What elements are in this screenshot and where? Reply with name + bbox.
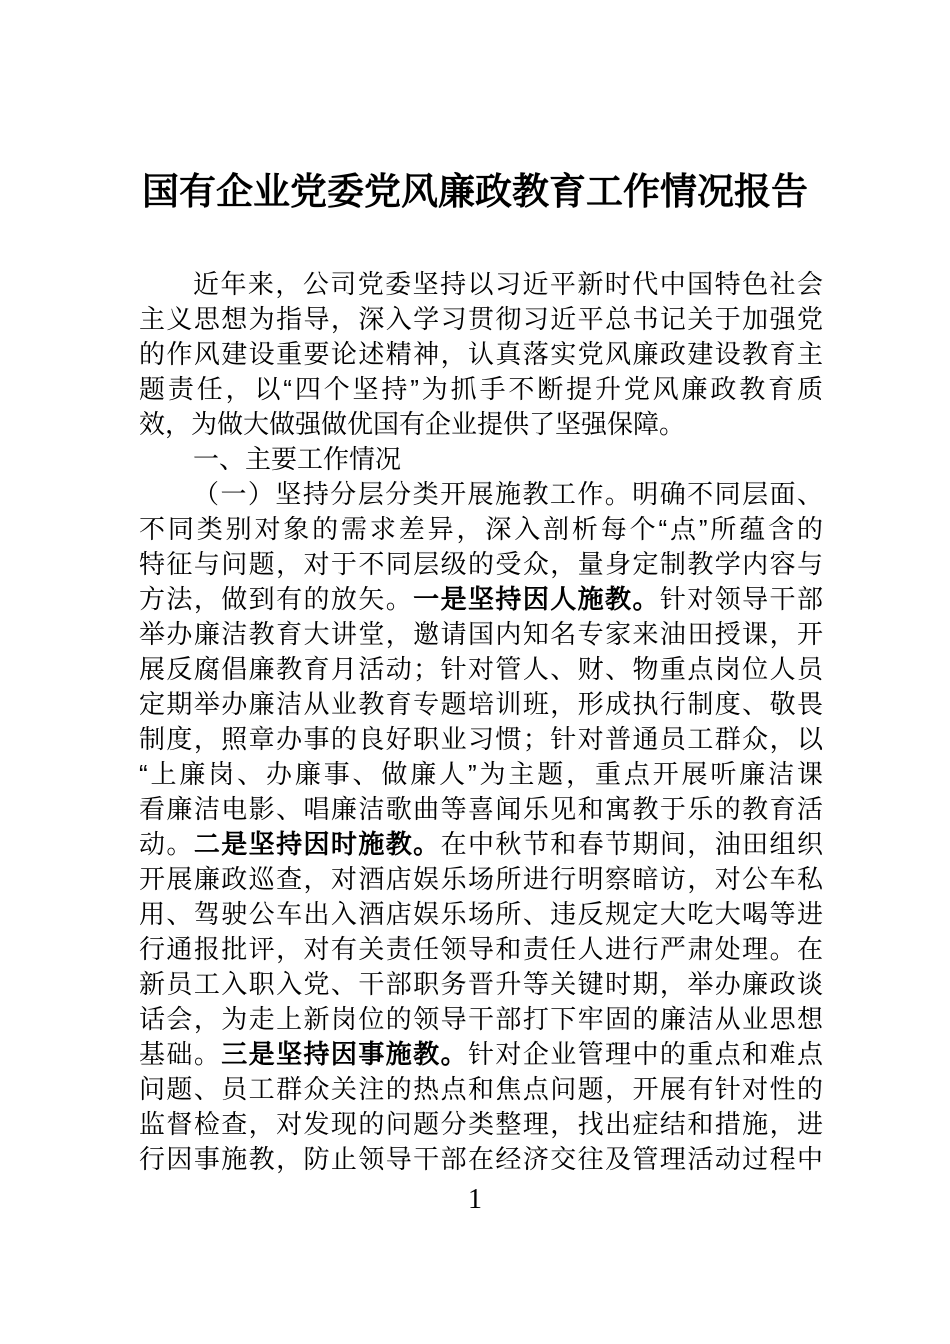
- subsection-paragraph-line: 话会，为走上新岗位的领导干部打下牢固的廉洁从业思想: [139, 1002, 823, 1037]
- text-run: 行因事施教，防止领导干部在经济交往及管理活动过程中: [139, 1144, 823, 1174]
- intro-paragraph-line: 主义思想为指导，深入学习贯彻习近平总书记关于加强党: [139, 302, 823, 337]
- bold-text-run: 二是坚持因时施教。: [194, 829, 441, 859]
- subsection-paragraph-line: 动。二是坚持因时施教。在中秋节和春节期间，油田组织: [139, 827, 823, 862]
- text-run: 展反腐倡廉教育月活动；针对管人、财、物重点岗位人员: [139, 654, 823, 684]
- text-run: 基础。: [139, 1039, 221, 1069]
- text-run: 话会，为走上新岗位的领导干部打下牢固的廉洁从业思想: [139, 1004, 823, 1034]
- text-run: 特征与问题，对于不同层级的受众，量身定制教学内容与: [139, 549, 823, 579]
- text-run: 近年来，公司党委坚持以习近平新时代中国特色社会: [193, 269, 823, 299]
- text-run: 一、主要工作情况: [193, 444, 401, 474]
- subsection-paragraph-line: （一）坚持分层分类开展施教工作。明确不同层面、: [139, 477, 823, 512]
- text-run: 针对企业管理中的重点和难点: [468, 1039, 823, 1069]
- subsection-paragraph-line: 开展廉政巡查，对酒店娱乐场所进行明察暗访，对公车私: [139, 862, 823, 897]
- text-run: 在中秋节和春节期间，油田组织: [441, 829, 823, 859]
- text-run: 效，为做大做强做优国有企业提供了坚强保障。: [139, 409, 685, 439]
- subsection-paragraph-line: 看廉洁电影、唱廉洁歌曲等喜闻乐见和寓教于乐的教育活: [139, 792, 823, 827]
- subsection-paragraph-line: 举办廉洁教育大讲堂，邀请国内知名专家来油田授课，开: [139, 617, 823, 652]
- document-title: 国有企业党委党风廉政教育工作情况报告: [0, 166, 950, 218]
- subsection-paragraph-line: 不同类别对象的需求差异，深入剖析每个“点”所蕴含的: [139, 512, 823, 547]
- subsection-paragraph-line: 行因事施教，防止领导干部在经济交往及管理活动过程中: [139, 1142, 823, 1177]
- subsection-paragraph-line: 监督检查，对发现的问题分类整理，找出症结和措施，进: [139, 1107, 823, 1142]
- text-run: 举办廉洁教育大讲堂，邀请国内知名专家来油田授课，开: [139, 619, 823, 649]
- text-run: 题责任，以“四个坚持”为抓手不断提升党风廉政教育质: [139, 374, 823, 404]
- subsection-paragraph-line: 基础。三是坚持因事施教。针对企业管理中的重点和难点: [139, 1037, 823, 1072]
- subsection-paragraph-line: 定期举办廉洁从业教育专题培训班，形成执行制度、敬畏: [139, 687, 823, 722]
- subsection-paragraph-line: “上廉岗、办廉事、做廉人”为主题，重点开展听廉洁课: [139, 757, 823, 792]
- section-heading-line: 一、主要工作情况: [139, 442, 823, 477]
- text-run: 行通报批评，对有关责任领导和责任人进行严肃处理。在: [139, 934, 823, 964]
- text-run: 监督检查，对发现的问题分类整理，找出症结和措施，进: [139, 1109, 823, 1139]
- intro-paragraph-line: 近年来，公司党委坚持以习近平新时代中国特色社会: [139, 267, 823, 302]
- text-run: 问题、员工群众关注的热点和焦点问题，开展有针对性的: [139, 1074, 823, 1104]
- bold-text-run: 三是坚持因事施教。: [221, 1039, 468, 1069]
- text-run: 制度，照章办事的良好职业习惯；针对普通员工群众，以: [139, 724, 823, 754]
- bold-text-run: 一是坚持因人施教。: [413, 584, 660, 614]
- text-run: 新员工入职入党、干部职务晋升等关键时期，举办廉政谈: [139, 969, 823, 999]
- document-body: 近年来，公司党委坚持以习近平新时代中国特色社会主义思想为指导，深入学习贯彻习近平…: [139, 267, 823, 1177]
- document-page: 国有企业党委党风廉政教育工作情况报告 近年来，公司党委坚持以习近平新时代中国特色…: [0, 0, 950, 1344]
- subsection-paragraph-line: 展反腐倡廉教育月活动；针对管人、财、物重点岗位人员: [139, 652, 823, 687]
- text-run: 看廉洁电影、唱廉洁歌曲等喜闻乐见和寓教于乐的教育活: [139, 794, 823, 824]
- subsection-paragraph-line: 问题、员工群众关注的热点和焦点问题，开展有针对性的: [139, 1072, 823, 1107]
- text-run: 方法，做到有的放矢。: [139, 584, 413, 614]
- text-run: “上廉岗、办廉事、做廉人”为主题，重点开展听廉洁课: [139, 759, 823, 789]
- text-run: 开展廉政巡查，对酒店娱乐场所进行明察暗访，对公车私: [139, 864, 823, 894]
- text-run: 用、驾驶公车出入酒店娱乐场所、违反规定大吃大喝等进: [139, 899, 823, 929]
- subsection-paragraph-line: 用、驾驶公车出入酒店娱乐场所、违反规定大吃大喝等进: [139, 897, 823, 932]
- text-run: 针对领导干部: [660, 584, 823, 614]
- text-run: 主义思想为指导，深入学习贯彻习近平总书记关于加强党: [139, 304, 823, 334]
- text-run: 定期举办廉洁从业教育专题培训班，形成执行制度、敬畏: [139, 689, 823, 719]
- subsection-paragraph-line: 新员工入职入党、干部职务晋升等关键时期，举办廉政谈: [139, 967, 823, 1002]
- intro-paragraph-line: 题责任，以“四个坚持”为抓手不断提升党风廉政教育质: [139, 372, 823, 407]
- intro-paragraph-line: 的作风建设重要论述精神，认真落实党风廉政建设教育主: [139, 337, 823, 372]
- intro-paragraph-line: 效，为做大做强做优国有企业提供了坚强保障。: [139, 407, 823, 442]
- text-run: 动。: [139, 829, 194, 859]
- text-run: 不同类别对象的需求差异，深入剖析每个“点”所蕴含的: [139, 514, 823, 544]
- subsection-paragraph-line: 制度，照章办事的良好职业习惯；针对普通员工群众，以: [139, 722, 823, 757]
- subsection-paragraph-line: 行通报批评，对有关责任领导和责任人进行严肃处理。在: [139, 932, 823, 967]
- subsection-paragraph-line: 特征与问题，对于不同层级的受众，量身定制教学内容与: [139, 547, 823, 582]
- page-number: 1: [0, 1184, 950, 1216]
- text-run: 的作风建设重要论述精神，认真落实党风廉政建设教育主: [139, 339, 823, 369]
- subsection-paragraph-line: 方法，做到有的放矢。一是坚持因人施教。针对领导干部: [139, 582, 823, 617]
- text-run: （一）坚持分层分类开展施教工作。明确不同层面、: [193, 479, 823, 509]
